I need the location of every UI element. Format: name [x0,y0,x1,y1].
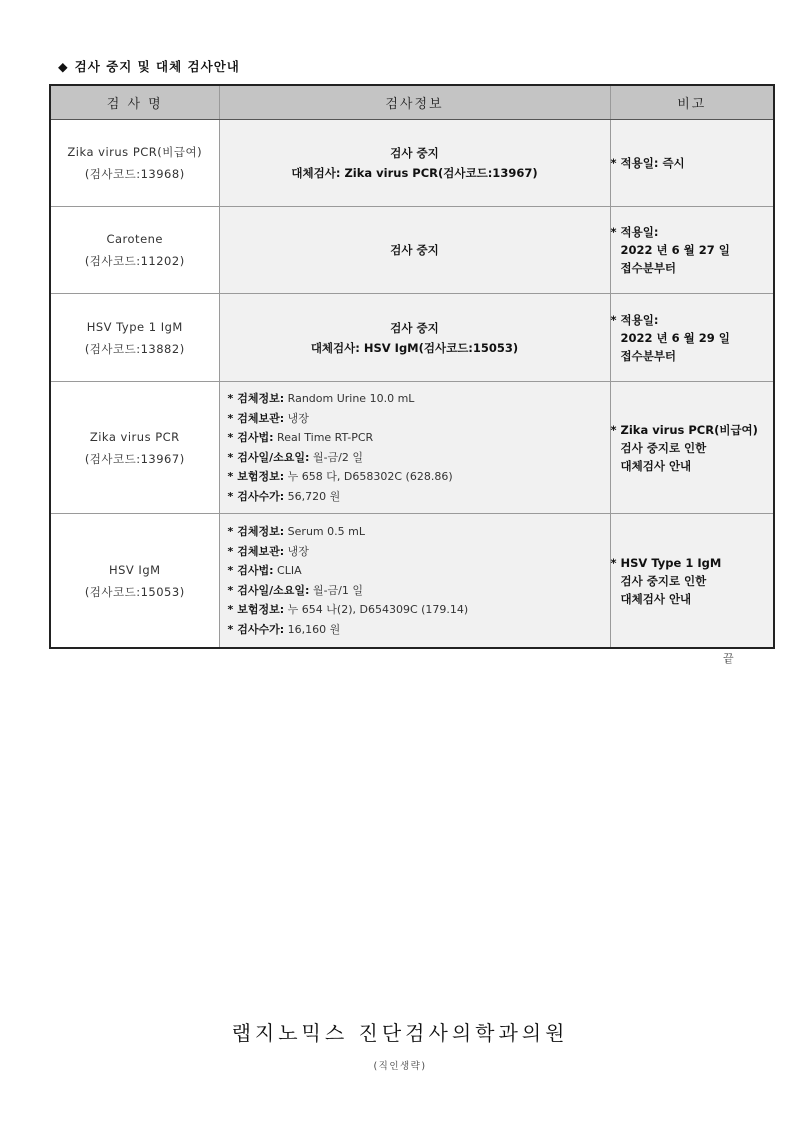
star-bullet-icon: * [228,431,234,444]
test-name: Zika virus PCR(비급여) [51,141,219,163]
status-text: 검사 중지 [220,240,610,260]
remarks-cell: * 적용일: 즉시 [610,120,774,207]
table-row: Zika virus PCR(비급여) (검사코드:13968) 검사 중지 대… [50,120,774,207]
test-name-cell: HSV IgM (검사코드:15053) [50,514,219,649]
table-row: Carotene (검사코드:11202) 검사 중지 * 적용일: 2022 … [50,207,774,294]
detail-specimen: *검체정보: Serum 0.5 mL [228,522,610,542]
star-bullet-icon: * [228,412,234,425]
remark-line: 대체검사 안내 [611,590,774,608]
effective-date-note: * 적용일: 즉시 [611,156,685,170]
effective-date-label: * 적용일: [611,313,659,327]
test-change-table: 검 사 명 검사정보 비고 Zika virus PCR(비급여) (검사코드:… [49,84,775,649]
status-text: 검사 중지 [220,143,610,163]
star-bullet-icon: * [228,564,234,577]
test-name-cell: HSV Type 1 IgM (검사코드:13882) [50,294,219,382]
effective-date-suffix: 접수분부터 [611,347,774,365]
test-code: (검사코드:13882) [51,338,219,360]
detail-storage: *검체보관: 냉장 [228,542,610,562]
effective-date-suffix: 접수분부터 [611,259,774,277]
table-row: HSV IgM (검사코드:15053) *검체정보: Serum 0.5 mL… [50,514,774,649]
seal-omitted-note: (직인생략) [0,1058,800,1072]
test-details-list: *검체정보: Serum 0.5 mL *검체보관: 냉장 *검사법: CLIA… [220,522,610,639]
star-bullet-icon: * [228,470,234,483]
test-info-cell: 검사 중지 대체검사: Zika virus PCR(검사코드:13967) [219,120,610,207]
detail-insurance: *보험정보: 누 654 나(2), D654309C (179.14) [228,600,610,620]
test-info-cell: 검사 중지 대체검사: HSV IgM(검사코드:15053) [219,294,610,382]
test-details-list: *검체정보: Random Urine 10.0 mL *검체보관: 냉장 *검… [220,389,610,506]
detail-insurance: *보험정보: 누 658 다, D658302C (628.86) [228,467,610,487]
star-bullet-icon: * [228,623,234,636]
end-mark: 끝 [723,650,734,666]
test-name-cell: Carotene (검사코드:11202) [50,207,219,294]
section-title: ◆검사 중지 및 대체 검사안내 [58,57,240,75]
star-bullet-icon: * [228,490,234,503]
remark-line: * Zika virus PCR(비급여) [611,423,758,437]
detail-schedule: *검사일/소요일: 월-금/2 일 [228,448,610,468]
star-bullet-icon: * [228,525,234,538]
test-code: (검사코드:13967) [51,448,219,470]
detail-method: *검사법: CLIA [228,561,610,581]
test-code: (검사코드:11202) [51,250,219,272]
effective-date-label: * 적용일: [611,225,659,239]
remark-line: * HSV Type 1 IgM [611,556,722,570]
star-bullet-icon: * [228,451,234,464]
detail-fee: *검사수가: 56,720 원 [228,487,610,507]
table-row: HSV Type 1 IgM (검사코드:13882) 검사 중지 대체검사: … [50,294,774,382]
table-row: Zika virus PCR (검사코드:13967) *검체정보: Rando… [50,382,774,514]
test-name-cell: Zika virus PCR(비급여) (검사코드:13968) [50,120,219,207]
organization-name: 랩지노믹스 진단검사의학과의원 [0,1017,800,1046]
remark-line: 대체검사 안내 [611,457,774,475]
test-info-cell: *검체정보: Serum 0.5 mL *검체보관: 냉장 *검사법: CLIA… [219,514,610,649]
remarks-cell: * Zika virus PCR(비급여) 검사 중지로 인한 대체검사 안내 [610,382,774,514]
detail-schedule: *검사일/소요일: 월-금/1 일 [228,581,610,601]
test-code: (검사코드:15053) [51,581,219,603]
test-name: Carotene [51,228,219,250]
replacement-test: 대체검사: Zika virus PCR(검사코드:13967) [220,163,610,183]
test-info-cell: *검체정보: Random Urine 10.0 mL *검체보관: 냉장 *검… [219,382,610,514]
effective-date: 2022 년 6 월 27 일 [611,241,774,259]
table-header-row: 검 사 명 검사정보 비고 [50,85,774,120]
test-code: (검사코드:13968) [51,163,219,185]
detail-method: *검사법: Real Time RT-PCR [228,428,610,448]
detail-storage: *검체보관: 냉장 [228,409,610,429]
remarks-cell: * HSV Type 1 IgM 검사 중지로 인한 대체검사 안내 [610,514,774,649]
star-bullet-icon: * [228,603,234,616]
remarks-cell: * 적용일: 2022 년 6 월 29 일 접수분부터 [610,294,774,382]
remark-line: 검사 중지로 인한 [611,439,774,457]
header-remarks: 비고 [610,85,774,120]
test-name: HSV Type 1 IgM [51,316,219,338]
remark-line: 검사 중지로 인한 [611,572,774,590]
detail-specimen: *검체정보: Random Urine 10.0 mL [228,389,610,409]
effective-date: 2022 년 6 월 29 일 [611,329,774,347]
star-bullet-icon: * [228,392,234,405]
replacement-test: 대체검사: HSV IgM(검사코드:15053) [220,338,610,358]
detail-fee: *검사수가: 16,160 원 [228,620,610,640]
star-bullet-icon: * [228,584,234,597]
remarks-cell: * 적용일: 2022 년 6 월 27 일 접수분부터 [610,207,774,294]
header-test-info: 검사정보 [219,85,610,120]
test-info-cell: 검사 중지 [219,207,610,294]
header-test-name: 검 사 명 [50,85,219,120]
test-name: Zika virus PCR [51,426,219,448]
section-title-text: 검사 중지 및 대체 검사안내 [75,59,240,74]
test-name-cell: Zika virus PCR (검사코드:13967) [50,382,219,514]
diamond-bullet-icon: ◆ [58,59,69,74]
status-text: 검사 중지 [220,318,610,338]
star-bullet-icon: * [228,545,234,558]
test-name: HSV IgM [51,559,219,581]
